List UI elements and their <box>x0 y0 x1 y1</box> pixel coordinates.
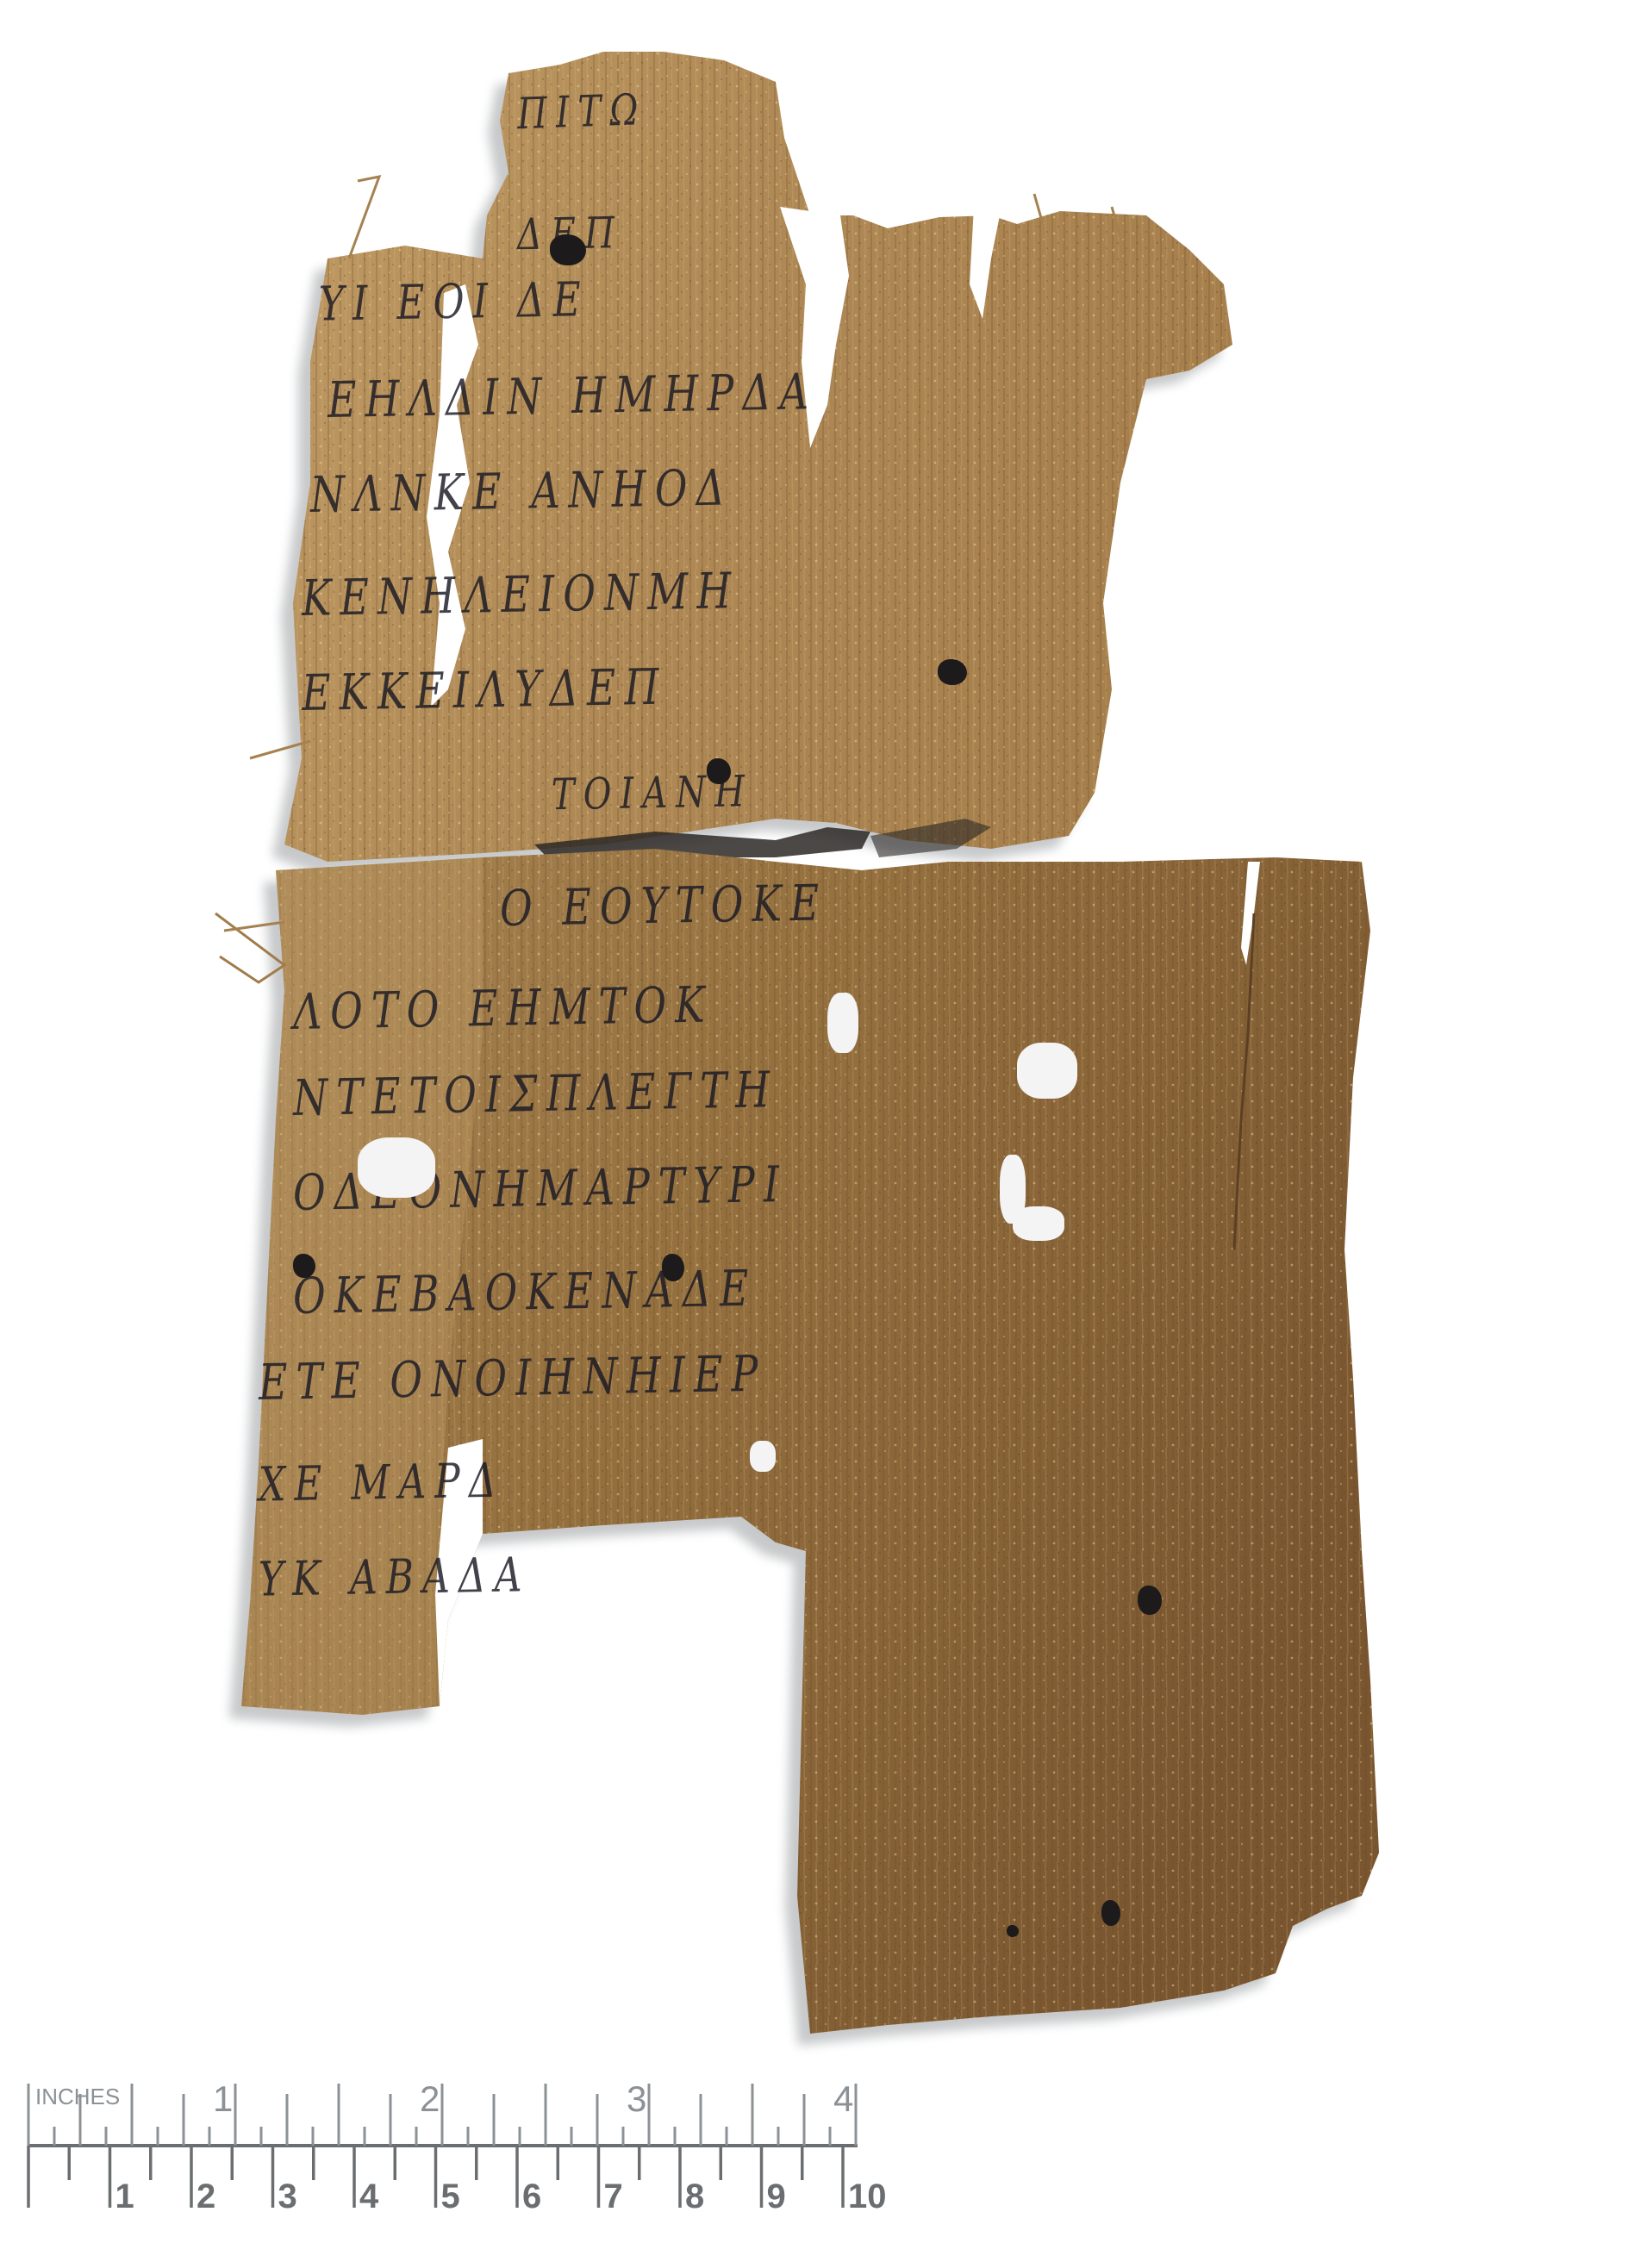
ink-line: ΠΙΤΩ <box>516 85 647 140</box>
worm-hole <box>938 659 967 685</box>
worm-hole <box>1101 1900 1120 1926</box>
ink-line: ΛΟΤΟ ΕΗΜΤΟΚ <box>292 975 714 1041</box>
ink-line: ΕΗΛΔΙΝ ΗΜΗΡΔΑ <box>327 362 817 428</box>
worm-hole <box>1138 1586 1162 1615</box>
fragment-body <box>0 0 1647 2068</box>
inch-number: 2 <box>420 2078 440 2119</box>
inch-number: 3 <box>627 2078 646 2119</box>
ink-line: Ο ΕΟΥΤΟΚΕ <box>499 874 827 938</box>
inch-number: 1 <box>213 2078 233 2119</box>
cm-number: 6 <box>522 2178 541 2215</box>
cm-number: 10 <box>848 2178 887 2215</box>
ink-line: ΕΤΕ ΟΝΟΙΗΝΗΙΕΡ <box>258 1344 767 1411</box>
lacuna <box>1013 1206 1064 1241</box>
papyrus-fragment: ΠΙΤΩΔΕΠΥΙ ΕΟΙ ΔΕΕΗΛΔΙΝ ΗΜΗΡΔΑΝΛΝΚΕ ΑΝΗΟΔ… <box>0 0 1647 2068</box>
ink-line: ΕΚΚΕΙΛΥΔΕΠ <box>301 657 668 722</box>
scale-ruler: INCHES123412345678910 <box>0 2051 1647 2268</box>
ink-line: ΧΕ ΜΑΡΔ <box>258 1454 505 1513</box>
worm-hole <box>550 234 586 265</box>
inches-label: INCHES <box>35 2084 120 2109</box>
ink-line: ΚΕΝΗΛΕΙΟΝΜΗ <box>301 561 740 626</box>
worm-hole <box>1007 1925 1019 1937</box>
worm-hole <box>707 758 731 784</box>
lacuna <box>750 1441 776 1472</box>
cm-number: 8 <box>685 2178 704 2215</box>
cm-number: 5 <box>441 2178 460 2215</box>
cm-number: 4 <box>359 2178 379 2215</box>
cm-number: 3 <box>278 2178 297 2215</box>
worm-hole <box>662 1254 684 1281</box>
ink-line: ΥΚ ΑΒΑΔΑ <box>258 1548 530 1607</box>
ink-line: ΟΚΕΒΑΟΚΕΝΑΔΕ <box>292 1259 758 1325</box>
cm-number: 9 <box>767 2178 786 2215</box>
cm-number: 1 <box>115 2178 134 2215</box>
ink-line: ΝΤΕΤΟΙΣΠΛΕΓΤΗ <box>292 1060 778 1126</box>
lacuna <box>358 1137 435 1198</box>
inch-number: 4 <box>833 2078 853 2119</box>
ink-line: ΝΛΝΚΕ ΑΝΗΟΔ <box>309 458 733 524</box>
cm-number: 2 <box>197 2178 215 2215</box>
ink-line: ΥΙ ΕΟΙ ΔΕ <box>318 272 590 332</box>
worm-hole <box>293 1254 315 1278</box>
fragment-upper <box>284 52 1232 862</box>
cm-number: 7 <box>604 2178 623 2215</box>
papyrus-photo: ΠΙΤΩΔΕΠΥΙ ΕΟΙ ΔΕΕΗΛΔΙΝ ΗΜΗΡΔΑΝΛΝΚΕ ΑΝΗΟΔ… <box>0 0 1647 2268</box>
lacuna <box>1017 1043 1077 1099</box>
ruler-graphic: INCHES123412345678910 <box>0 2051 1647 2268</box>
lacuna <box>827 993 858 1053</box>
